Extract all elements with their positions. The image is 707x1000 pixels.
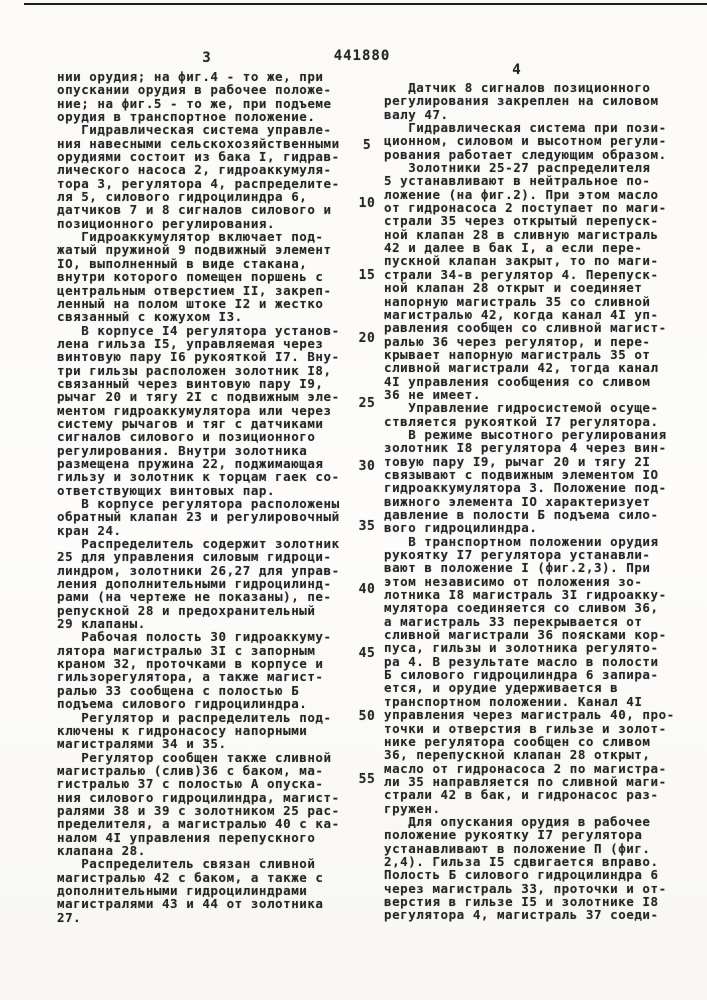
line-number-marker: 35 [352,519,382,534]
patent-number: 441880 [328,48,396,64]
line-number-marker: 10 [352,196,382,211]
line-number-marker: 20 [352,331,382,346]
line-number-marker: 15 [352,268,382,283]
page-top-rule [24,3,707,5]
scanned-patent-page: 3 441880 4 нии орудия; на фиг.4 - то же,… [0,0,707,1000]
left-column-text: нии орудия; на фиг.4 - то же, при опуска… [57,70,362,924]
line-number-marker: 30 [352,459,382,474]
page-number-left: 3 [195,50,219,66]
line-number-marker: 45 [352,646,382,661]
page-number-right: 4 [505,62,529,78]
line-number-marker: 40 [352,582,382,597]
right-column-text: Датчик 8 сигналов позиционного регулиров… [384,81,689,922]
line-number-marker: 55 [352,772,382,787]
line-number-marker: 5 [352,138,382,153]
line-number-marker: 25 [352,396,382,411]
line-number-marker: 50 [352,709,382,724]
